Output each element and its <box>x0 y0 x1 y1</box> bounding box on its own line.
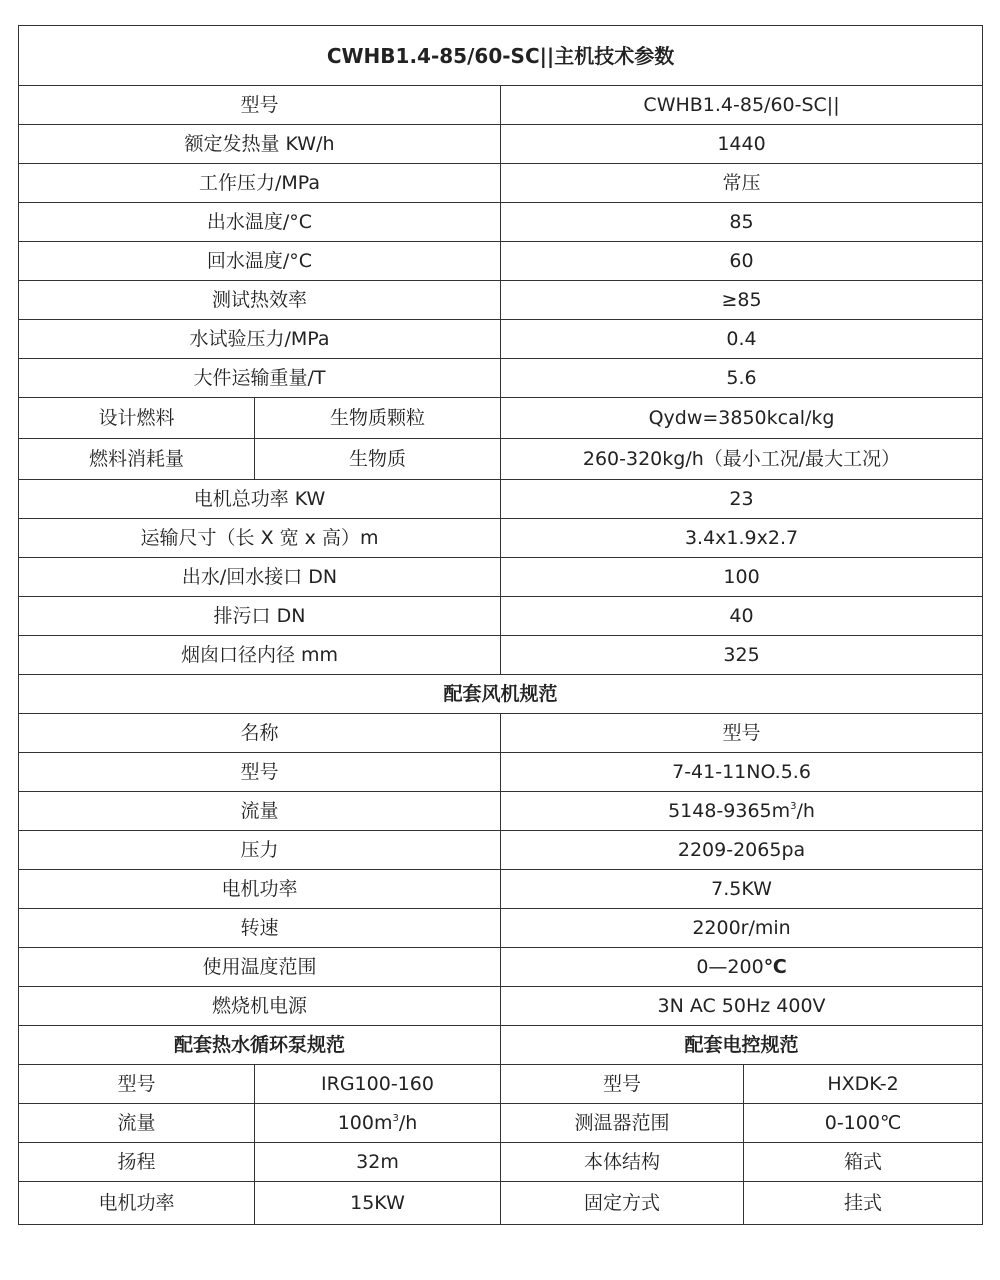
param-label: 烟囱口径内径 mm <box>19 636 501 675</box>
pump-label: 型号 <box>19 1065 255 1104</box>
fuel-row: 燃料消耗量 生物质 260-320kg/h（最小工况/最大工况） <box>19 439 983 480</box>
table-row: 型号 IRG100-160 型号 HXDK-2 <box>19 1065 983 1104</box>
table-row: 型号 CWHB1.4-85/60-SC|| <box>19 86 983 125</box>
param-label: 排污口 DN <box>19 597 501 636</box>
table-row: 出水温度/°C 85 <box>19 203 983 242</box>
param-label: 回水温度/°C <box>19 242 501 281</box>
param-value: 5.6 <box>501 359 983 398</box>
fan-label: 燃烧机电源 <box>19 987 501 1026</box>
param-value: ≥85 <box>501 281 983 320</box>
param-label: 工作压力/MPa <box>19 164 501 203</box>
pump-value: 100m3/h <box>255 1104 501 1143</box>
table-row: 回水温度/°C 60 <box>19 242 983 281</box>
control-value: 箱式 <box>744 1143 983 1182</box>
control-label: 固定方式 <box>501 1182 744 1225</box>
table-row: 型号 7-41-11NO.5.6 <box>19 753 983 792</box>
param-label: 电机总功率 KW <box>19 480 501 519</box>
control-label: 型号 <box>501 1065 744 1104</box>
pump-section-title: 配套热水循环泵规范 <box>19 1026 501 1065</box>
param-label: 测试热效率 <box>19 281 501 320</box>
pump-value: 15KW <box>255 1182 501 1225</box>
fan-section-row: 配套风机规范 <box>19 675 983 714</box>
fan-value: 0—200℃ <box>501 948 983 987</box>
pump-value: IRG100-160 <box>255 1065 501 1104</box>
table-row: 扬程 32m 本体结构 箱式 <box>19 1143 983 1182</box>
param-value: 1440 <box>501 125 983 164</box>
fan-value: 3N AC 50Hz 400V <box>501 987 983 1026</box>
param-label: 运输尺寸（长 X 宽 x 高）m <box>19 519 501 558</box>
param-value: 40 <box>501 597 983 636</box>
table-row: 测试热效率 ≥85 <box>19 281 983 320</box>
table-row: 压力 2209-2065pa <box>19 831 983 870</box>
fan-flow-unit: /h <box>797 800 815 822</box>
temp-range: 0—200 <box>696 956 763 978</box>
table-title: CWHB1.4-85/60-SC||主机技术参数 <box>19 26 983 86</box>
fan-label: 型号 <box>19 753 501 792</box>
spec-table: CWHB1.4-85/60-SC||主机技术参数 型号 CWHB1.4-85/6… <box>18 25 983 1225</box>
control-value: 挂式 <box>744 1182 983 1225</box>
fuel-value: Qydw=3850kcal/kg <box>501 398 983 439</box>
param-label: 大件运输重量/T <box>19 359 501 398</box>
control-value: HXDK-2 <box>744 1065 983 1104</box>
fan-value: 2209-2065pa <box>501 831 983 870</box>
param-value: 3.4x1.9x2.7 <box>501 519 983 558</box>
control-value: 0-100℃ <box>744 1104 983 1143</box>
table-row: 燃烧机电源 3N AC 50Hz 400V <box>19 987 983 1026</box>
fan-label: 流量 <box>19 792 501 831</box>
fan-label: 转速 <box>19 909 501 948</box>
fan-label: 使用温度范围 <box>19 948 501 987</box>
table-row: 出水/回水接口 DN 100 <box>19 558 983 597</box>
param-value: 85 <box>501 203 983 242</box>
control-label: 测温器范围 <box>501 1104 744 1143</box>
table-row: 排污口 DN 40 <box>19 597 983 636</box>
param-value: 100 <box>501 558 983 597</box>
fuel-sub: 生物质 <box>255 439 501 480</box>
table-row: 电机总功率 KW 23 <box>19 480 983 519</box>
param-label: 出水温度/°C <box>19 203 501 242</box>
fan-value: 7.5KW <box>501 870 983 909</box>
fan-section-title: 配套风机规范 <box>19 675 983 714</box>
table-row: 流量 5148-9365m3/h <box>19 792 983 831</box>
fan-value: 2200r/min <box>501 909 983 948</box>
param-value: CWHB1.4-85/60-SC|| <box>501 86 983 125</box>
fan-label: 电机功率 <box>19 870 501 909</box>
fuel-label: 设计燃料 <box>19 398 255 439</box>
table-row: 工作压力/MPa 常压 <box>19 164 983 203</box>
table-row: 流量 100m3/h 测温器范围 0-100℃ <box>19 1104 983 1143</box>
table-row: 大件运输重量/T 5.6 <box>19 359 983 398</box>
param-label: 型号 <box>19 86 501 125</box>
pump-flow-unit: /h <box>399 1112 417 1134</box>
fan-header-name: 名称 <box>19 714 501 753</box>
celsius-unit: ℃ <box>764 956 787 978</box>
param-label: 出水/回水接口 DN <box>19 558 501 597</box>
table-row: 额定发热量 KW/h 1440 <box>19 125 983 164</box>
param-value: 60 <box>501 242 983 281</box>
pump-flow-value: 100m <box>338 1112 393 1134</box>
param-value: 23 <box>501 480 983 519</box>
param-label: 额定发热量 KW/h <box>19 125 501 164</box>
fan-value: 5148-9365m3/h <box>501 792 983 831</box>
fan-header-row: 名称 型号 <box>19 714 983 753</box>
fan-label: 压力 <box>19 831 501 870</box>
control-label: 本体结构 <box>501 1143 744 1182</box>
control-section-title: 配套电控规范 <box>501 1026 983 1065</box>
fuel-label: 燃料消耗量 <box>19 439 255 480</box>
table-row: 运输尺寸（长 X 宽 x 高）m 3.4x1.9x2.7 <box>19 519 983 558</box>
table-row: 电机功率 15KW 固定方式 挂式 <box>19 1182 983 1225</box>
param-value: 常压 <box>501 164 983 203</box>
table-row: 烟囱口径内径 mm 325 <box>19 636 983 675</box>
fuel-value: 260-320kg/h（最小工况/最大工况） <box>501 439 983 480</box>
table-row: 水试验压力/MPa 0.4 <box>19 320 983 359</box>
param-label: 水试验压力/MPa <box>19 320 501 359</box>
title-row: CWHB1.4-85/60-SC||主机技术参数 <box>19 26 983 86</box>
table-row: 电机功率 7.5KW <box>19 870 983 909</box>
pump-label: 电机功率 <box>19 1182 255 1225</box>
fan-value: 7-41-11NO.5.6 <box>501 753 983 792</box>
fuel-sub: 生物质颗粒 <box>255 398 501 439</box>
fan-header-model: 型号 <box>501 714 983 753</box>
table-row: 转速 2200r/min <box>19 909 983 948</box>
pump-label: 扬程 <box>19 1143 255 1182</box>
pump-value: 32m <box>255 1143 501 1182</box>
table-row: 使用温度范围 0—200℃ <box>19 948 983 987</box>
fan-flow-value: 5148-9365m <box>668 800 790 822</box>
param-value: 325 <box>501 636 983 675</box>
pump-control-section-row: 配套热水循环泵规范 配套电控规范 <box>19 1026 983 1065</box>
pump-label: 流量 <box>19 1104 255 1143</box>
fuel-row: 设计燃料 生物质颗粒 Qydw=3850kcal/kg <box>19 398 983 439</box>
param-value: 0.4 <box>501 320 983 359</box>
